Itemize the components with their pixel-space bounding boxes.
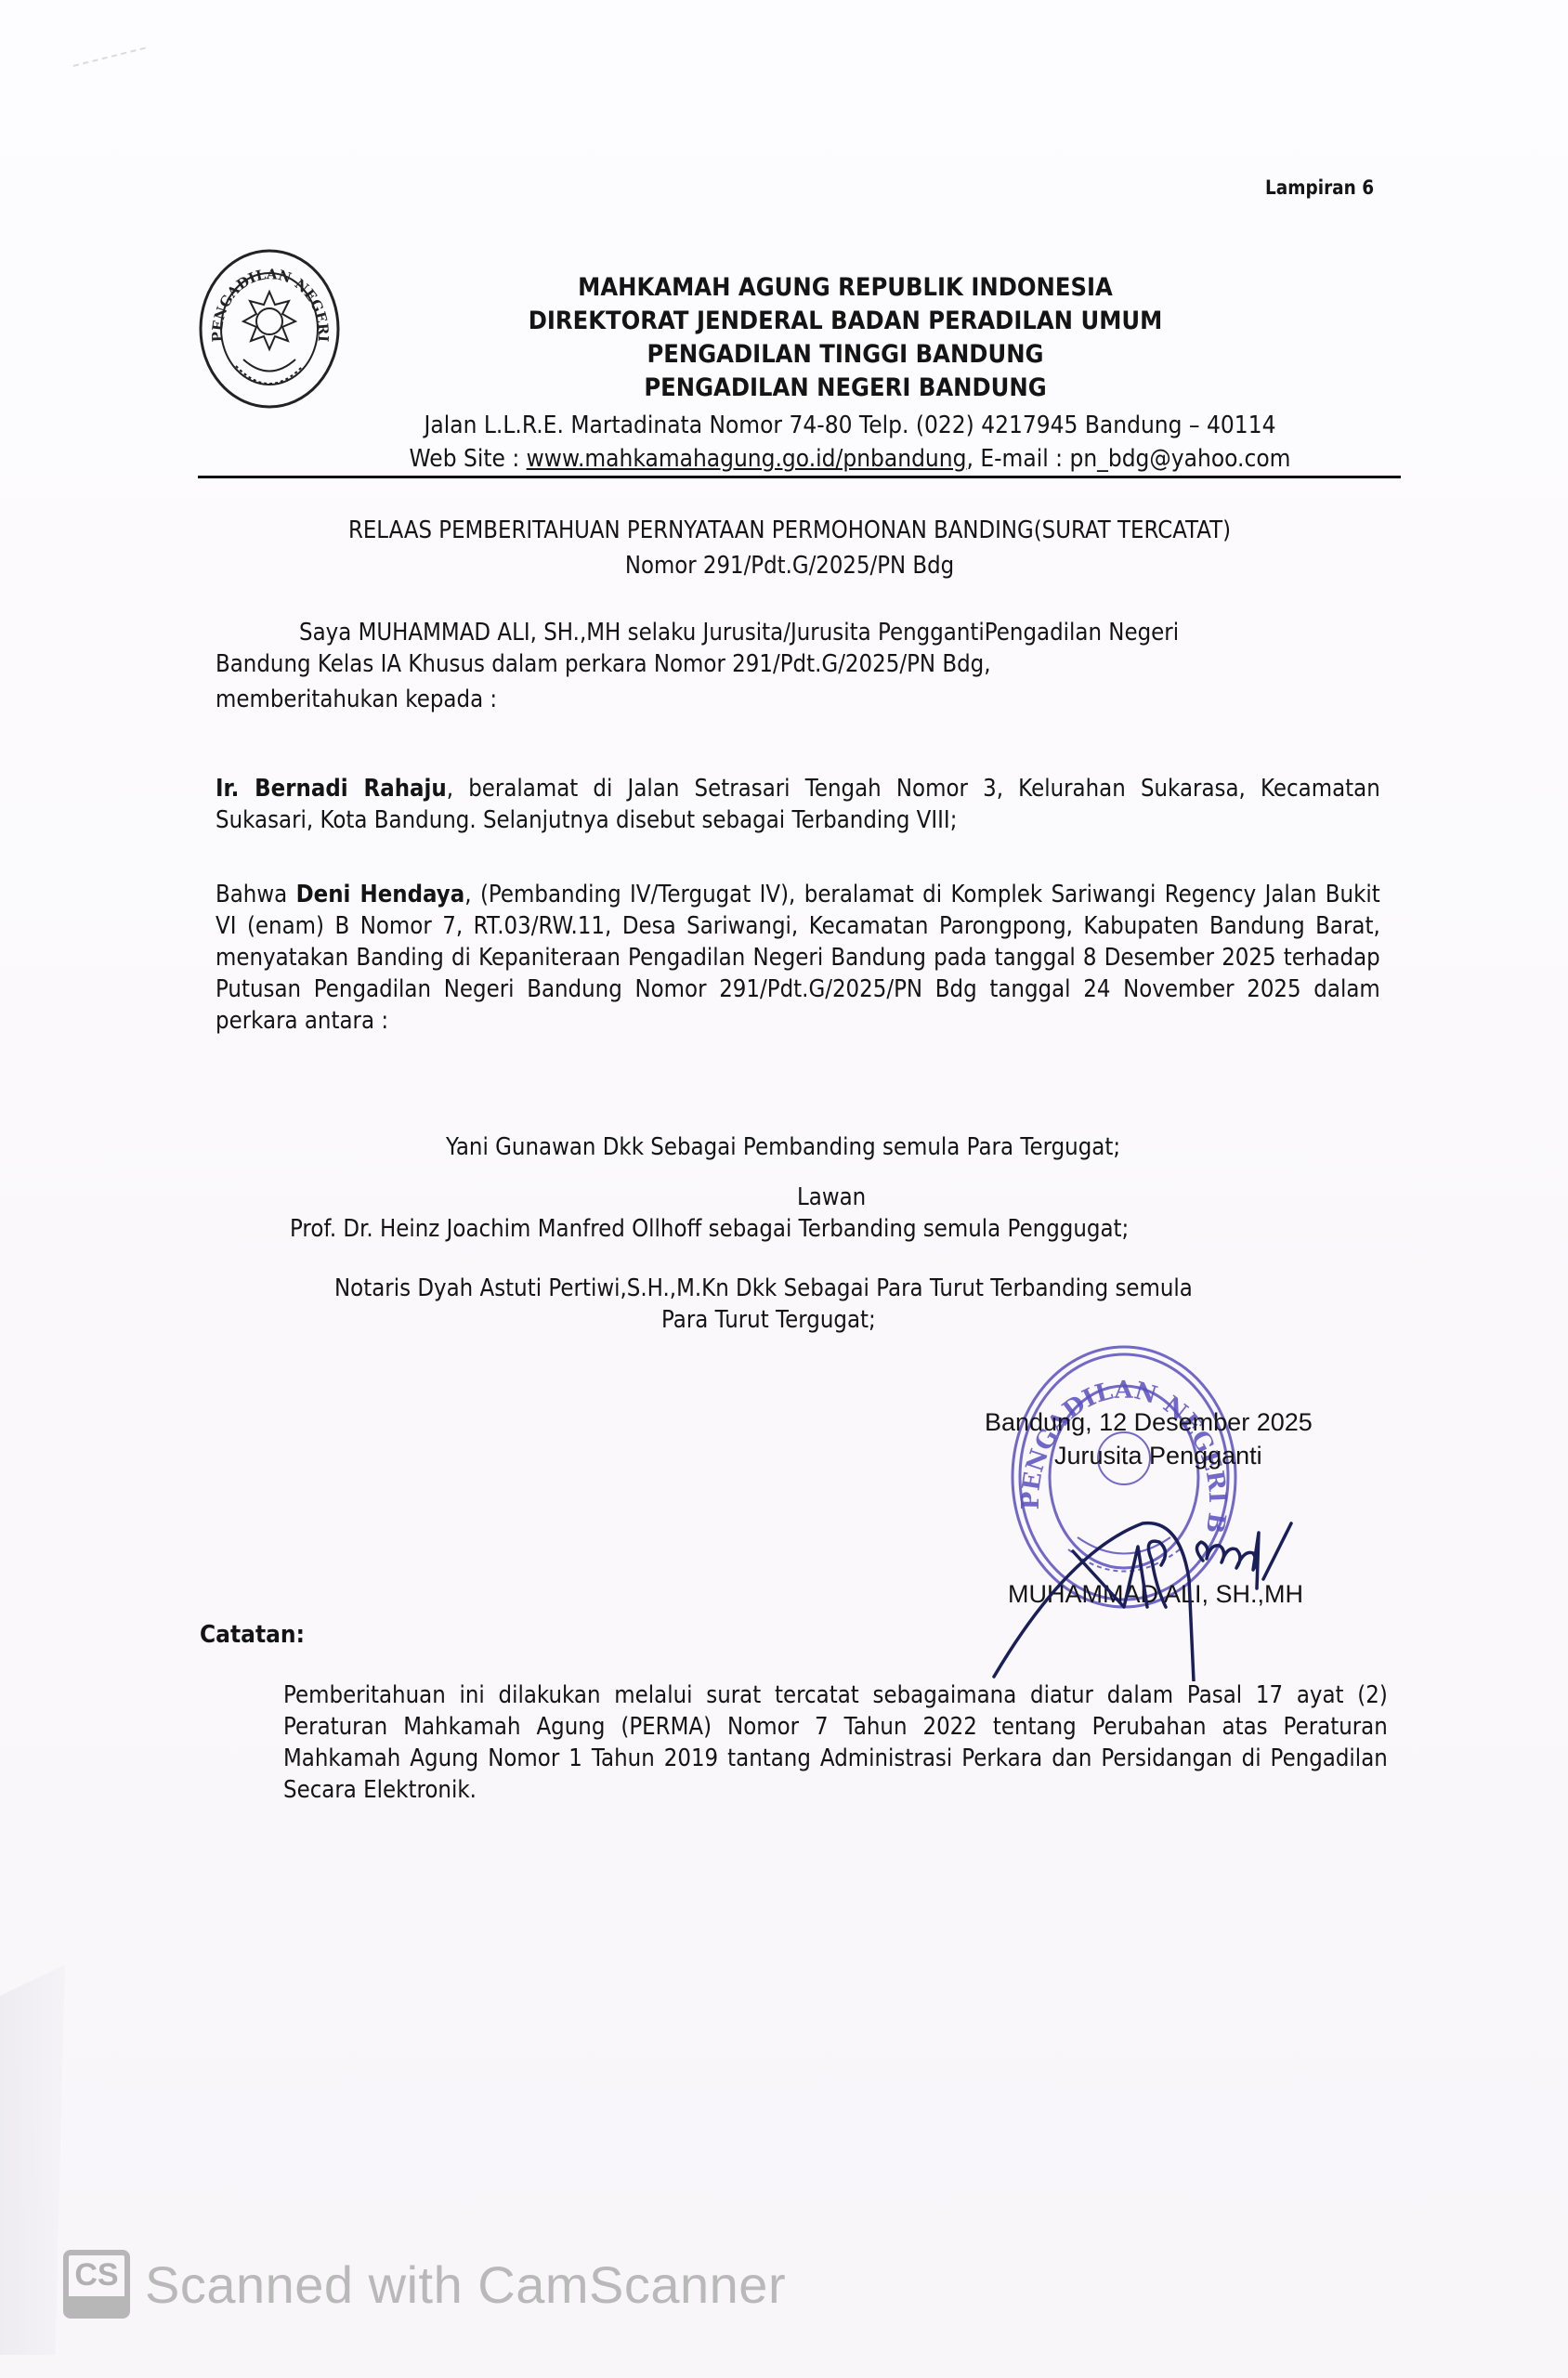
watermark-text: Scanned with CamScanner	[145, 2254, 786, 2315]
letterhead-web-email: Web Site : www.mahkamahagung.go.id/pnban…	[370, 442, 1331, 476]
page-edge-shadow	[0, 1965, 65, 2355]
opening-line: memberitahukan kepada :	[216, 684, 1380, 715]
letterhead-address: Jalan L.L.R.E. Martadinata Nomor 74-80 T…	[370, 409, 1331, 442]
opening-line: Saya MUHAMMAD ALI, SH.,MH selaku Jurusit…	[299, 619, 1179, 647]
case-number: Nomor 291/Pdt.G/2025/PN Bdg	[258, 548, 1321, 583]
letterhead-line: DIREKTORAT JENDERAL BADAN PERADILAN UMUM	[369, 305, 1322, 338]
attachment-label: Lampiran 6	[1265, 176, 1374, 199]
letterhead-line: PENGADILAN NEGERI BANDUNG	[369, 372, 1322, 405]
letterhead-line: MAHKAMAH AGUNG REPUBLIK INDONESIA	[369, 271, 1322, 305]
email-address[interactable]: pn_bdg@yahoo.com	[1069, 445, 1290, 473]
addressee-name: Ir. Bernadi Rahaju	[216, 775, 447, 803]
camscanner-watermark: CS Scanned with CamScanner	[63, 2250, 786, 2319]
camscanner-logo-letters: CS	[69, 2257, 124, 2293]
respondent-line: Prof. Dr. Heinz Joachim Manfred Ollhoff …	[290, 1213, 1129, 1245]
letterhead-institution: MAHKAMAH AGUNG REPUBLIK INDONESIA DIREKT…	[316, 271, 1375, 405]
letterhead-contact: Jalan L.L.R.E. Martadinata Nomor 74-80 T…	[316, 409, 1384, 476]
addressee-paragraph: Ir. Bernadi Rahaju, beralamat di Jalan S…	[216, 773, 1381, 836]
website-link[interactable]: www.mahkamahagung.go.id/pnbandung	[527, 445, 967, 473]
appellant-name: Deni Hendaya	[296, 881, 465, 908]
signing-place-date: Bandung, 12 Desember 2025	[985, 1405, 1313, 1440]
opening-line: Bandung Kelas IA Khusus dalam perkara No…	[216, 648, 1380, 680]
appellants-line: Yani Gunawan Dkk Sebagai Pembanding semu…	[446, 1131, 1120, 1163]
note-text: Pemberitahuan ini dilakukan melalui sura…	[283, 1679, 1388, 1806]
website-label: Web Site :	[410, 445, 527, 473]
co-respondents-line: Para Turut Tergugat;	[661, 1304, 876, 1336]
title-line: RELAAS PEMBERITAHUAN PERNYATAAN PERMOHON…	[258, 513, 1321, 548]
email-label: , E-mail :	[966, 445, 1069, 473]
appeal-prefix: Bahwa	[216, 881, 296, 908]
scan-smudge	[73, 47, 150, 84]
opening-paragraph: Saya MUHAMMAD ALI, SH.,MH selaku Jurusit…	[216, 617, 1381, 715]
document-title: RELAAS PEMBERITAHUAN PERNYATAAN PERMOHON…	[186, 513, 1393, 583]
note-paragraph: Pemberitahuan ini dilakukan melalui sura…	[283, 1679, 1389, 1806]
letterhead-divider	[198, 476, 1401, 478]
letterhead-line: PENGADILAN TINGGI BANDUNG	[369, 338, 1322, 372]
handwritten-signature-icon	[985, 1468, 1338, 1681]
appeal-paragraph: Bahwa Deni Hendaya, (Pembanding IV/Tergu…	[216, 879, 1381, 1037]
camscanner-logo-icon: CS	[63, 2250, 130, 2319]
co-respondents-line: Notaris Dyah Astuti Pertiwi,S.H.,M.Kn Dk…	[334, 1273, 1193, 1304]
scanned-page: Lampiran 6 PENGADILAN NEGERI BANDUNG MAH…	[0, 0, 1568, 2378]
note-label: Catatan:	[200, 1621, 305, 1649]
versus-label: Lawan	[797, 1182, 866, 1213]
